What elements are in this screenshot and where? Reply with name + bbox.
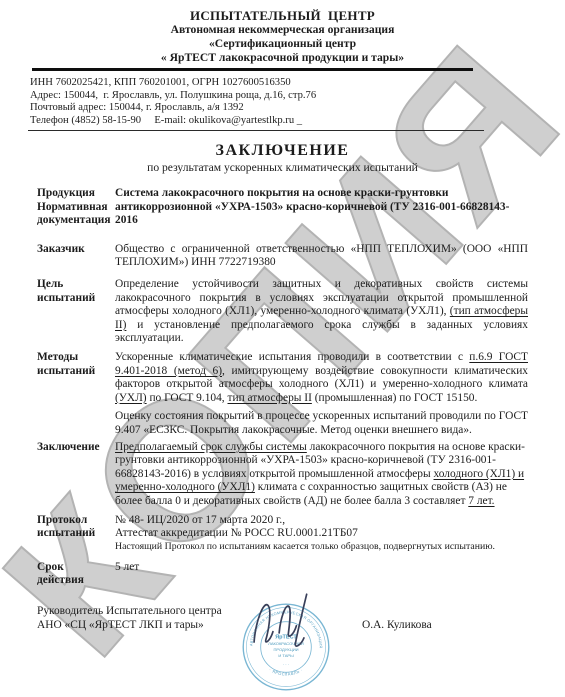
methods-paragraph-1: Ускоренные климатические испытания прово… <box>115 351 528 405</box>
document-title: ЗАКЛЮЧЕНИЕ <box>0 142 565 159</box>
sections: Продукция Нормативная документация Систе… <box>0 187 565 587</box>
conclusion-value: Предполагаемый срок службы системы лакок… <box>115 441 528 508</box>
customer-value: Общество с ограниченной ответственностью… <box>115 243 528 270</box>
svg-text:· ЯРОСЛАВЛЬ ·: · ЯРОСЛАВЛЬ · <box>268 667 303 677</box>
validity-label: Срок действия <box>37 561 115 588</box>
org-details-block: ИНН 7602025421, КПП 760201001, ОГРН 1027… <box>30 77 565 127</box>
section-product: Продукция Нормативная документация Систе… <box>0 187 565 227</box>
section-conclusion: Заключение Предполагаемый срок службы си… <box>0 441 565 508</box>
goal-value: Определение устойчивости защитных и деко… <box>115 278 528 345</box>
protocol-value: № 48- ИЦ/2020 от 17 марта 2020 г., Аттес… <box>115 514 528 553</box>
header-thick-divider <box>32 68 473 71</box>
conclusion-label: Заключение <box>37 441 115 508</box>
stamp-city-text: · ЯРОСЛАВЛЬ · <box>268 667 303 677</box>
phone-email-line: Телефон (4852) 58-15-90 E-mail: okulikov… <box>30 115 565 127</box>
section-protocol: Протокол испытаний № 48- ИЦ/2020 от 17 м… <box>0 514 565 553</box>
methods-value: Ускоренные климатические испытания прово… <box>115 351 528 436</box>
goal-label: Цель испытаний <box>37 278 115 345</box>
protocol-label: Протокол испытаний <box>37 514 115 553</box>
signer-name: О.А. Куликова <box>362 619 432 632</box>
methods-paragraph-2: Оценку состояния покрытий в процессе уск… <box>115 410 528 437</box>
document-page: КОПИЯ ИСПЫТАТЕЛЬНЫЙ ЦЕНТР Автономная нек… <box>0 0 565 697</box>
org-type-line: Автономная некоммерческая организация <box>0 23 565 37</box>
accreditation-line: Аттестат аккредитации № РОСС RU.0001.21Т… <box>115 527 528 540</box>
section-customer: Заказчик Общество с ограниченной ответст… <box>0 243 565 270</box>
letterhead: ИСПЫТАТЕЛЬНЫЙ ЦЕНТР Автономная некоммерч… <box>0 8 565 64</box>
org-name-line2: « ЯрТЕСТ лакокрасочной продукции и тары» <box>0 51 565 65</box>
section-validity: Срок действия 5 лет <box>0 561 565 588</box>
svg-text:· · ·: · · · <box>283 661 289 666</box>
postal-line: Почтовый адрес: 150044, г. Ярославль, а/… <box>30 102 565 114</box>
product-label: Продукция Нормативная документация <box>37 187 115 227</box>
customer-label: Заказчик <box>37 243 115 270</box>
validity-value: 5 лет <box>115 561 528 588</box>
section-goal: Цель испытаний Определение устойчивости … <box>0 278 565 345</box>
org-center-name: ИСПЫТАТЕЛЬНЫЙ ЦЕНТР <box>0 8 565 23</box>
inn-line: ИНН 7602025421, КПП 760201001, ОГРН 1027… <box>30 77 565 89</box>
product-value: Система лакокрасочного покрытия на основ… <box>115 187 528 227</box>
document-subtitle: по результатам ускоренных климатических … <box>0 161 565 174</box>
header-thin-divider <box>28 130 484 131</box>
methods-label: Методы испытаний <box>37 351 115 436</box>
protocol-note-line: Настоящий Протокол по испытаниям касаетс… <box>115 541 528 553</box>
handwritten-signature <box>244 590 328 656</box>
address-line: Адрес: 150044, г. Ярославль, ул. Полушки… <box>30 90 565 102</box>
section-methods: Методы испытаний Ускоренные климатически… <box>0 351 565 436</box>
protocol-number-line: № 48- ИЦ/2020 от 17 марта 2020 г., <box>115 514 528 527</box>
org-name-line1: «Сертификационный центр <box>0 37 565 51</box>
document-content: ИСПЫТАТЕЛЬНЫЙ ЦЕНТР Автономная некоммерч… <box>0 8 565 644</box>
